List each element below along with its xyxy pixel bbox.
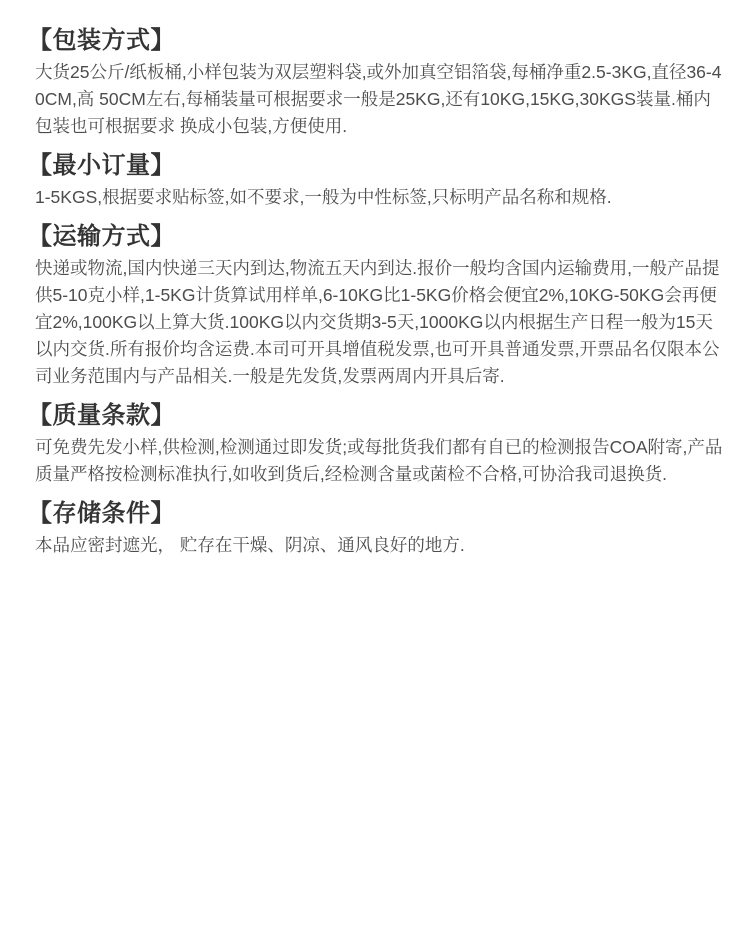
section-packaging: 【包装方式】 大货25公斤/纸板桶,小样包装为双层塑料袋,或外加真空铝箔袋,每桶…	[28, 24, 725, 140]
section-packaging-body: 大货25公斤/纸板桶,小样包装为双层塑料袋,或外加真空铝箔袋,每桶净重2.5-3…	[35, 59, 725, 140]
section-quality-terms-title: 【质量条款】	[28, 399, 725, 432]
section-shipping: 【运输方式】 快递或物流,国内快递三天内到达,物流五天内到达.报价一般均含国内运…	[28, 220, 725, 390]
section-storage-conditions-body: 本品应密封遮光， 贮存在干燥、阴凉、通风良好的地方.	[35, 532, 725, 559]
section-minimum-order: 【最小订量】 1-5KGS,根据要求贴标签,如不要求,一般为中性标签,只标明产品…	[28, 149, 725, 211]
section-quality-terms-body: 可免费先发小样,供检测,检测通过即发货;或每批货我们都有自已的检测报告COA附寄…	[35, 434, 725, 488]
section-quality-terms: 【质量条款】 可免费先发小样,供检测,检测通过即发货;或每批货我们都有自已的检测…	[28, 399, 725, 488]
section-shipping-body: 快递或物流,国内快递三天内到达,物流五天内到达.报价一般均含国内运输费用,一般产…	[35, 255, 725, 390]
section-storage-conditions: 【存储条件】 本品应密封遮光， 贮存在干燥、阴凉、通风良好的地方.	[28, 497, 725, 559]
section-minimum-order-body: 1-5KGS,根据要求贴标签,如不要求,一般为中性标签,只标明产品名称和规格.	[35, 184, 725, 211]
section-storage-conditions-title: 【存储条件】	[28, 497, 725, 530]
product-detail-info-page: 【包装方式】 大货25公斤/纸板桶,小样包装为双层塑料袋,或外加真空铝箔袋,每桶…	[0, 0, 750, 950]
section-minimum-order-title: 【最小订量】	[28, 149, 725, 182]
section-packaging-title: 【包装方式】	[28, 24, 725, 57]
section-shipping-title: 【运输方式】	[28, 220, 725, 253]
